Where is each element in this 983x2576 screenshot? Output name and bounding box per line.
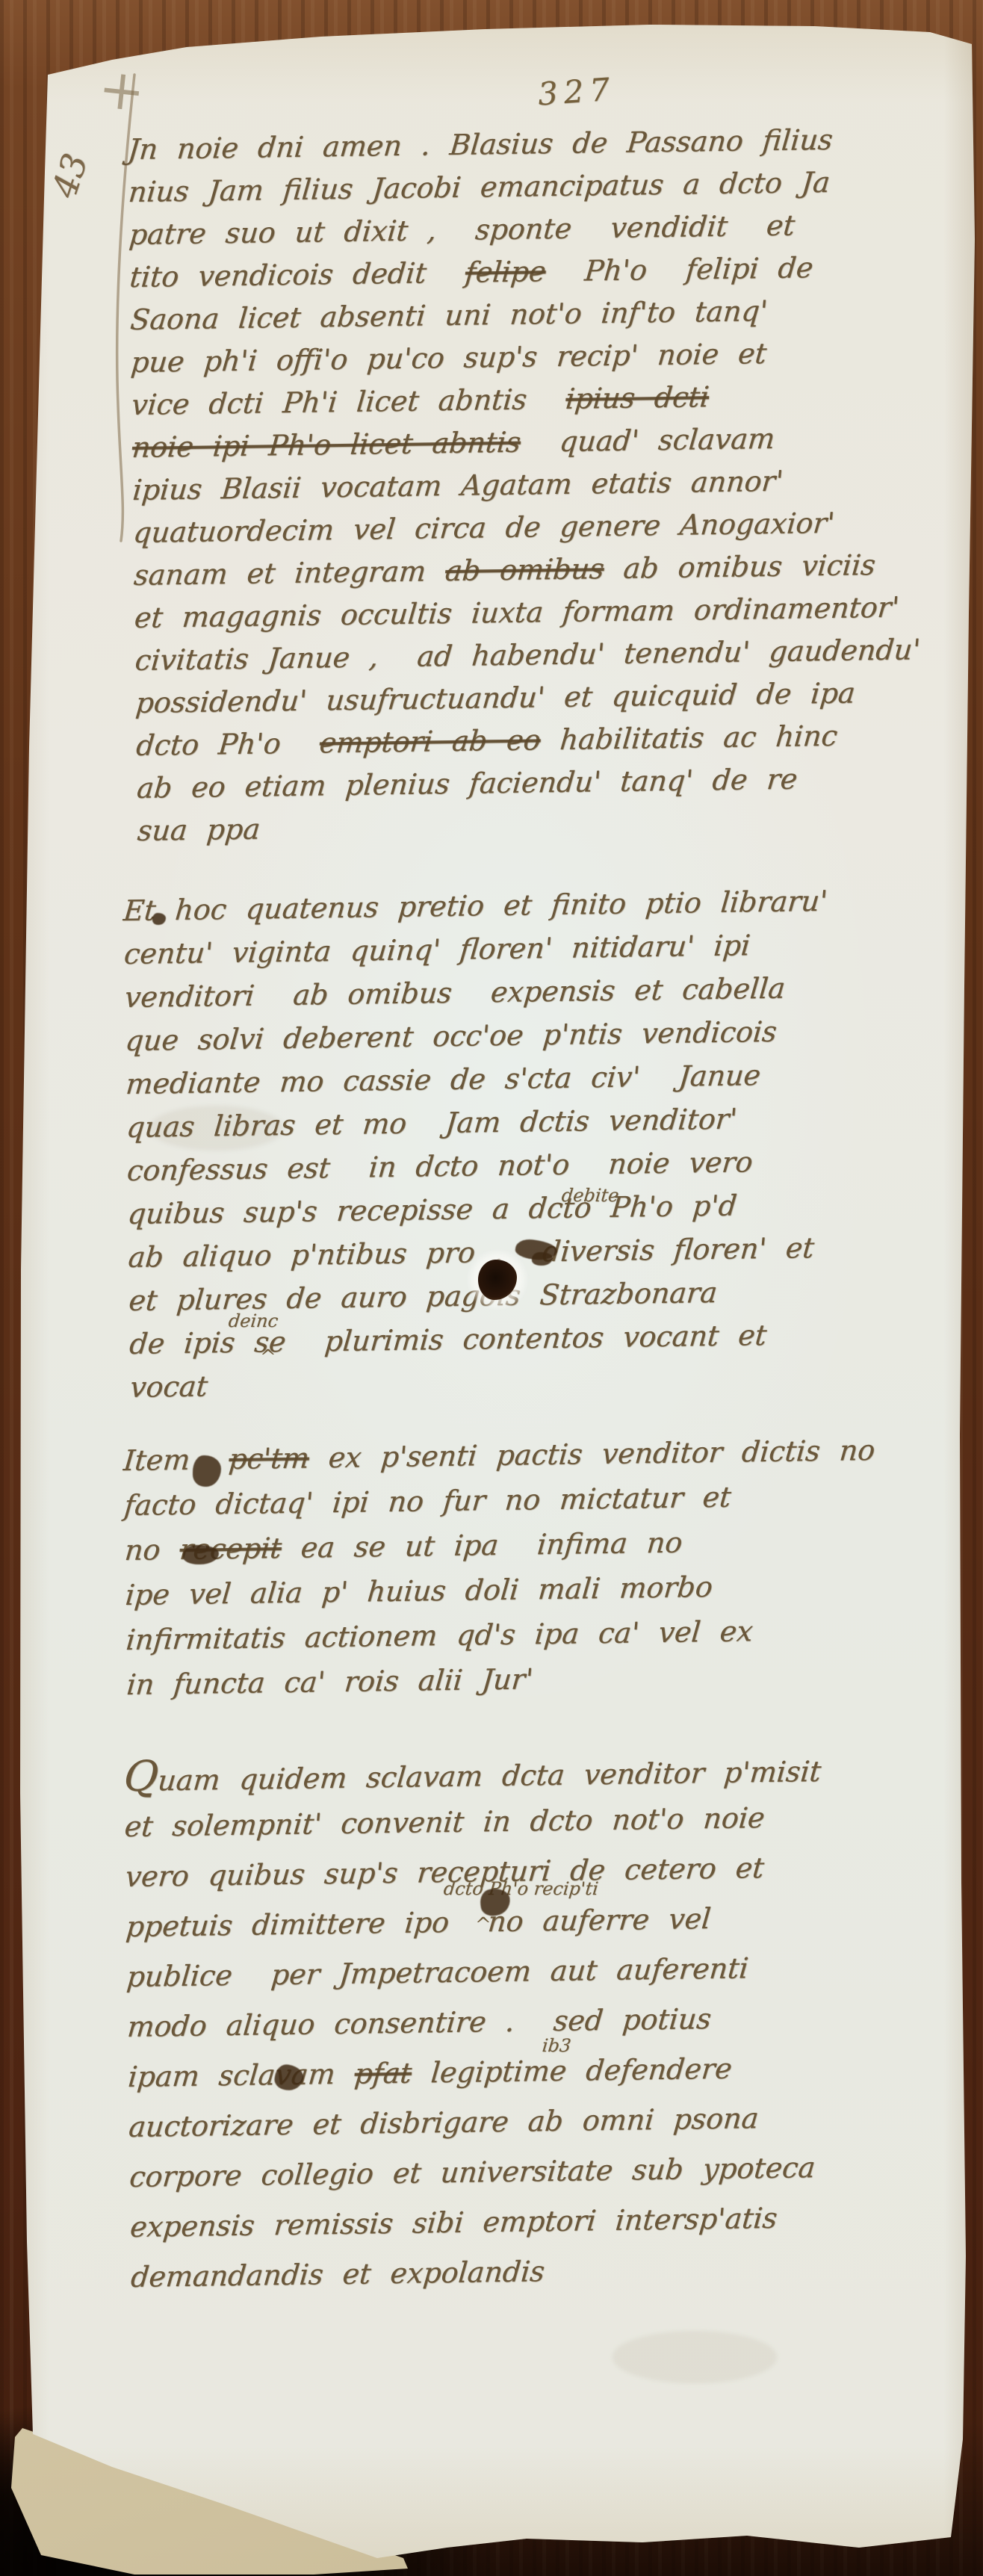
line-text: vocat — [128, 1369, 209, 1404]
line-text: mediante mo cassie de s'cta civ' Janue — [125, 1059, 763, 1100]
interlinear-insertion: ib3 — [542, 2035, 572, 2056]
struck-text: ipius dcti — [564, 380, 710, 415]
line-text: confessus est in dcto not'o noie vero — [125, 1145, 754, 1187]
line-text: publice per Jmpetracoem aut auferenti — [125, 1951, 750, 1993]
line-text: quad' sclavam — [519, 422, 776, 459]
line-text: corpore collegio et universitate sub ypo… — [128, 2151, 817, 2193]
line-text: sua ppa — [136, 813, 261, 847]
line-text: que solvi deberent occ'oe p'ntis vendico… — [124, 1015, 778, 1057]
line-text: quibus sup's recepisse a dcto Ph'o p'd — [126, 1189, 738, 1230]
line-text: facto dictaq' ipi no fur no mictatur et — [123, 1481, 732, 1522]
line-text: vice dcti Ph'i licet abntis — [130, 383, 567, 421]
line-text: Et hoc quatenus pretio et finito ptio li… — [122, 885, 828, 927]
struck-text: pc'tm — [228, 1441, 311, 1476]
line-text: et magagnis occultis iuxta formam ordina… — [133, 591, 900, 634]
ink-layer: 327 43 + Jn noie dni amen . Blasius de P… — [0, 0, 983, 2576]
line-text: quatuordecim vel circa de genere Anogaxi… — [132, 507, 837, 549]
interlinear-insertion: dcto Ph'o recip'ti — [443, 1878, 600, 1899]
line-text: sanam et integram — [132, 554, 447, 592]
interlinear-insertion: deinc — [228, 1310, 279, 1331]
struck-text: emptori ab eo — [318, 723, 542, 759]
line-text: ab eo etiam plenius faciendu' tanq' de r… — [135, 762, 799, 804]
caret-mark: ^ — [475, 1914, 491, 1936]
line-text: venditori ab omibus expensis et cabella — [123, 972, 787, 1014]
line-text: et solempnit' convenit in dcto not'o noi… — [123, 1801, 766, 1843]
paragraph-3: Item pc'tm ex p'senti pactis venditor di… — [121, 1427, 943, 1707]
text-line: demandandis et expolandis — [128, 2241, 951, 2303]
caret-mark: ^ — [260, 1346, 276, 1369]
struck-text: noie ipi Ph'o licet abntis — [131, 426, 522, 464]
line-text: ab omibus viciis — [603, 548, 877, 585]
line-text: civitatis Janue , ad habendu' tenendu' g… — [134, 633, 922, 677]
struck-text: pfat — [353, 2057, 413, 2090]
line-text: ex p'senti pactis venditor dictis no — [308, 1434, 876, 1475]
line-text: expensis remissis sibi emptori intersp'a… — [128, 2202, 778, 2244]
paragraph-1: Jn noie dni amen . Blasius de Passano fi… — [125, 117, 953, 852]
line-text: ppetuis dimittere ipo no auferre vel — [125, 1902, 713, 1943]
line-text: Jn noie dni amen . Blasius de Passano fi… — [126, 123, 834, 166]
manuscript-photo: 327 43 + Jn noie dni amen . Blasius de P… — [0, 0, 983, 2576]
interlinear-insertion: debite — [561, 1185, 620, 1206]
line-text: auctorizare et disbrigare ab omni psona — [128, 2102, 760, 2143]
paragraph-4: Quam quidem sclavam dcta venditor p'misi… — [121, 1741, 946, 2303]
page-number: 327 — [536, 70, 616, 112]
line-text: tito vendicois dedit — [128, 256, 467, 294]
line-text: no — [123, 1533, 181, 1567]
line-text: possidendu' usufructuandu' et quicquid d… — [134, 676, 857, 719]
line-text: infirmitatis actionem qd's ipa ca' vel e… — [125, 1614, 754, 1656]
line-text: centu' viginta quinq' floren' nitidaru' … — [123, 929, 751, 970]
line-text: Ph'o felipi de — [545, 251, 815, 288]
line-text: ipam sclavam — [127, 2058, 356, 2093]
line-text: et plures de auro pagois Strazbonara — [128, 1276, 719, 1317]
line-text: ipe vel alia p' huius doli mali morbo — [124, 1570, 714, 1611]
line-text: modo aliquo consentire . sed potius — [126, 2002, 713, 2043]
line-text: quas libras et mo Jam dctis venditor' — [125, 1102, 738, 1143]
struck-text: felipe — [464, 255, 548, 289]
struck-text: ab omibus — [444, 552, 605, 587]
line-text: ea se ut ipa infima no — [280, 1526, 684, 1564]
line-text: patre suo ut dixit , sponte vendidit et — [128, 208, 796, 251]
line-text: habilitatis ac hinc — [539, 719, 839, 757]
line-text: uam quidem sclavam dcta venditor p'misit — [156, 1755, 822, 1797]
line-text: in functa ca' rois alii Jur' — [125, 1662, 535, 1701]
line-text: demandandis et expolandis — [129, 2255, 546, 2294]
line-text: dcto Ph'o — [135, 726, 321, 761]
line-text: pue ph'i offi'o pu'co sup's recip' noie … — [129, 337, 768, 379]
line-text: legiptime defendere — [410, 2052, 734, 2090]
line-text: Saona licet absenti uni not'o inf'to tan… — [129, 294, 769, 336]
line-text: nius Jam filius Jacobi emancipatus a dct… — [127, 166, 831, 208]
line-text: ipius Blasii vocatam Agatam etatis annor… — [131, 465, 785, 507]
initial-letter: Q — [122, 1752, 161, 1801]
line-text: de ipis se plurimis contentos vocant et — [128, 1319, 769, 1360]
ink-showthrough — [613, 2331, 777, 2383]
